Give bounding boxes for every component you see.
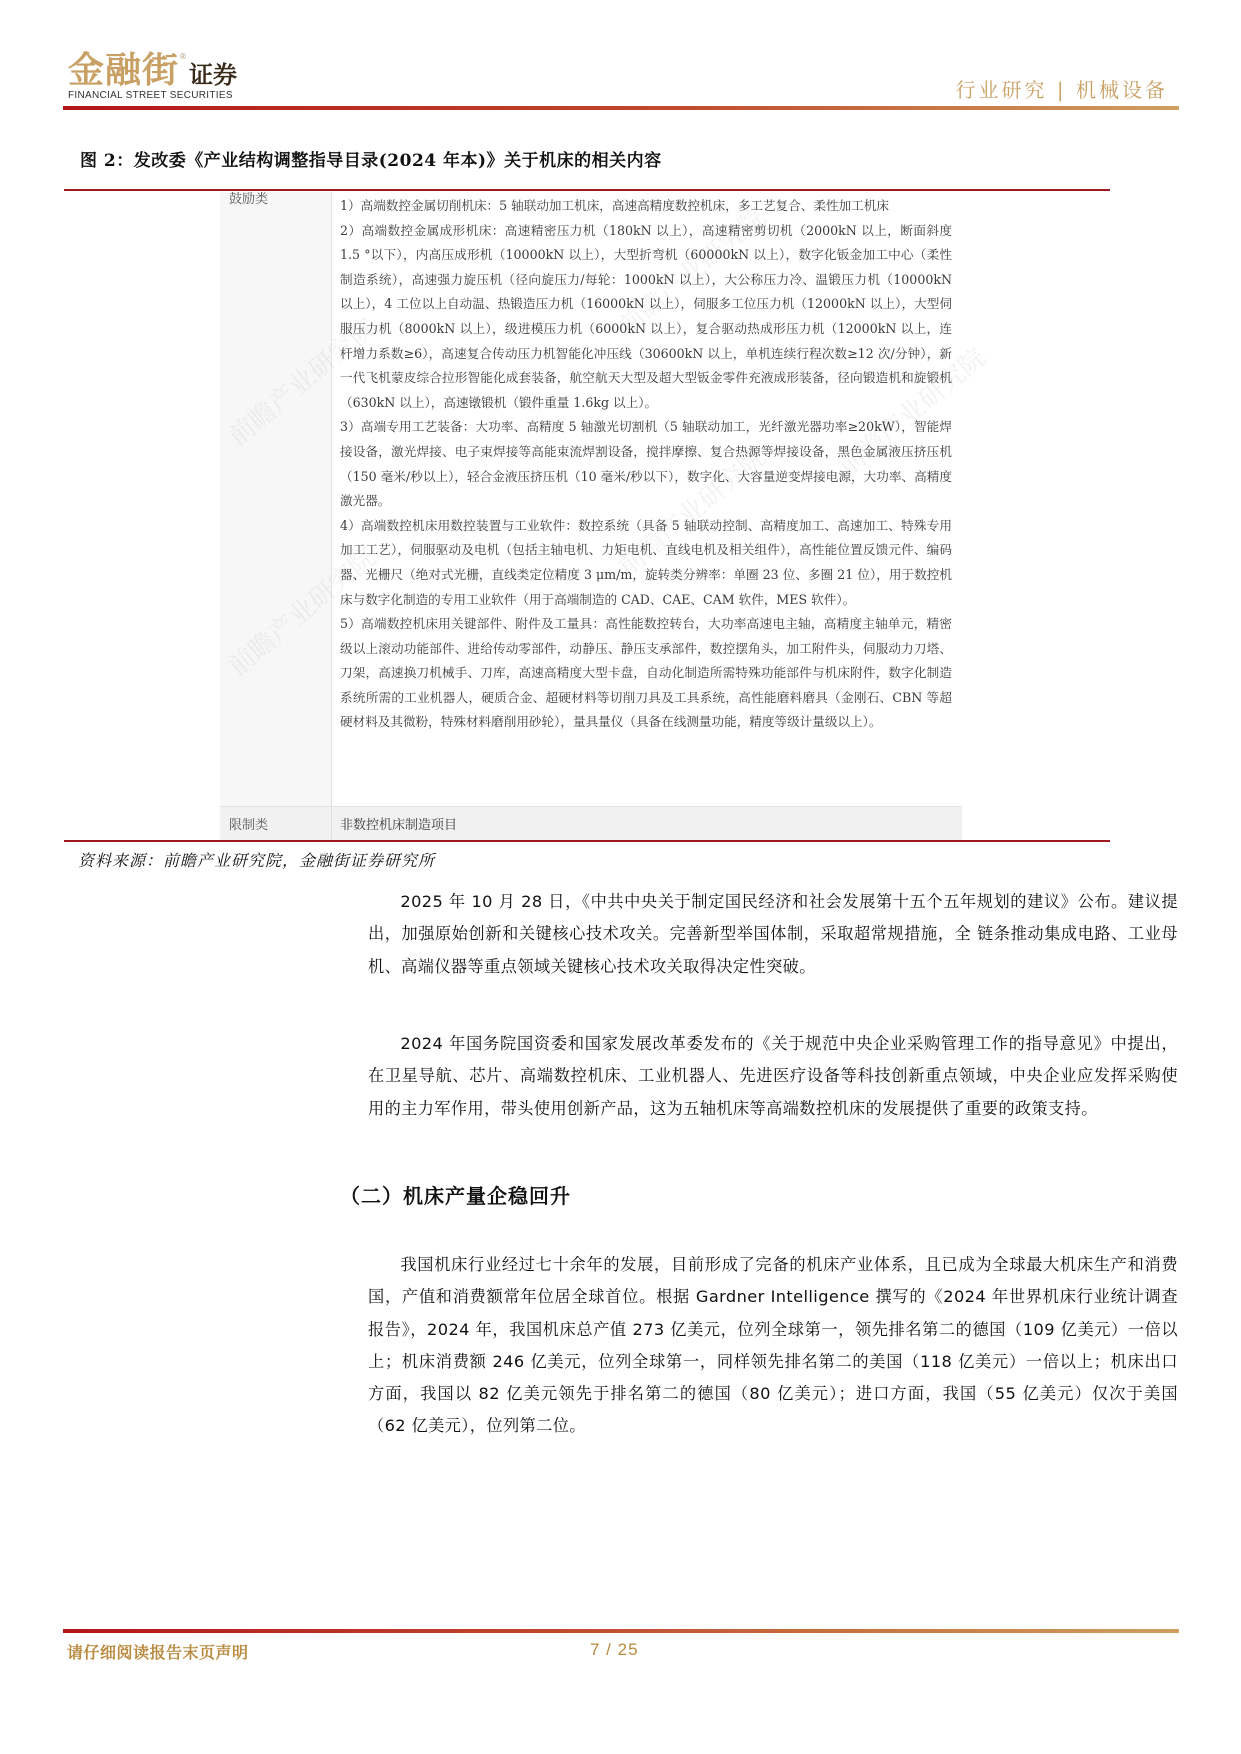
body-paragraph: 2025 年 10 月 28 日，《中共中央关于制定国民经济和社会发展第十五个五… <box>368 886 1178 983</box>
table-column-divider <box>331 192 332 839</box>
logo-main-text: 金融街 <box>68 48 179 92</box>
figure-top-rule <box>64 189 1110 191</box>
figure-source-note: 资料来源：前瞻产业研究院，金融街证券研究所 <box>78 848 435 871</box>
figure-bottom-rule <box>64 840 1110 842</box>
registered-mark-icon: ® <box>179 52 187 61</box>
body-paragraph: 我国机床行业经过七十余年的发展，目前形成了完备的机床产业体系，且已成为全球最大机… <box>368 1249 1178 1443</box>
table-category-label: 限制类 <box>229 814 268 833</box>
table-list-item: 5）高端数控机床用关键部件、附件及工量具：高性能数控转台，大功率高速电主轴，高精… <box>340 612 952 735</box>
footer-divider <box>63 1629 1179 1633</box>
report-section-label: 行业研究 | 机械设备 <box>956 74 1168 103</box>
paragraph-text: 2025 年 10 月 28 日，《中共中央关于制定国民经济和社会发展第十五个五… <box>368 886 1178 983</box>
table-category-column <box>220 192 331 806</box>
table-category-label: 鼓励类 <box>229 188 268 212</box>
page-header: 金融街 ® 证券 FINANCIAL STREET SECURITIES 行业研… <box>60 48 1180 110</box>
section-heading: （二）机床产量企稳回升 <box>340 1180 571 1209</box>
table-list-item: 4）高端数控机床用数控装置与工业软件：数控系统（具备 5 轴联动控制、高精度加工… <box>340 514 952 612</box>
table-list-item: 2）高端数控金属成形机床：高速精密压力机（180kN 以上），高速精密剪切机（2… <box>340 219 952 416</box>
table-cell-content: 非数控机床制造项目 <box>340 814 457 833</box>
policy-table-image: 前瞻产业研究院 前瞻产业研究院 前瞻产业研究院 前瞻产业研究院 前瞻产业研究院 … <box>220 192 962 839</box>
footer-disclaimer: 请仔细阅读报告末页声明 <box>67 1640 249 1663</box>
company-logo: 金融街 ® 证券 FINANCIAL STREET SECURITIES <box>68 48 237 101</box>
table-list-item: 1）高端数控金属切削机床：5 轴联动加工机床，高速高精度数控机床，多工艺复合、柔… <box>340 194 952 219</box>
paragraph-text: 我国机床行业经过七十余年的发展，目前形成了完备的机床产业体系，且已成为全球最大机… <box>368 1249 1178 1443</box>
table-cell-content: 1）高端数控金属切削机床：5 轴联动加工机床，高速高精度数控机床，多工艺复合、柔… <box>340 194 952 735</box>
page-number: 7 / 25 <box>590 1640 639 1660</box>
paragraph-text: 2024 年国务院国资委和国家发展改革委发布的《关于规范中央企业采购管理工作的指… <box>368 1028 1178 1125</box>
table-list-item: 3）高端专用工艺装备：大功率、高精度 5 轴激光切割机（5 轴联动加工，光纤激光… <box>340 415 952 513</box>
logo-english-text: FINANCIAL STREET SECURITIES <box>68 90 237 101</box>
figure-title: 图 2：发改委《产业结构调整指导目录(2024 年本)》关于机床的相关内容 <box>80 146 662 171</box>
logo-sub-text: 证券 <box>189 58 237 92</box>
header-divider <box>63 106 1179 110</box>
body-paragraph: 2024 年国务院国资委和国家发展改革委发布的《关于规范中央企业采购管理工作的指… <box>368 1028 1178 1125</box>
